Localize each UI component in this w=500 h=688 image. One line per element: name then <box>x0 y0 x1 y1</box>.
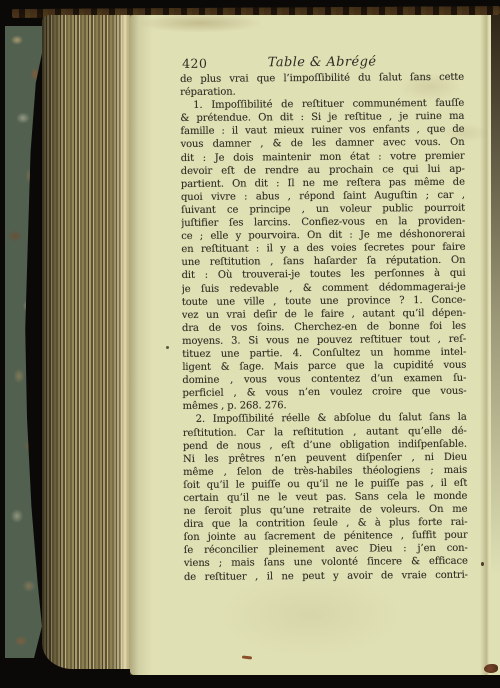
leather-corner <box>484 664 498 673</box>
margin-mark <box>166 346 169 349</box>
fox-spot <box>481 562 484 566</box>
spine-edge-shadow <box>491 15 500 575</box>
text-line: de plus vrai que l’impoſſibilité du ſalu… <box>180 71 464 86</box>
book-page: 420 Table & Abrégé de plus vrai que l’im… <box>130 15 500 675</box>
page-text-block: de plus vrai que l’impoſſibilité du ſalu… <box>180 71 468 584</box>
page-number: 420 <box>182 56 207 71</box>
page-fore-edge-stack <box>42 15 136 669</box>
book-photo: 420 Table & Abrégé de plus vrai que l’im… <box>0 0 500 688</box>
running-title: Table & Abrégé <box>180 54 464 71</box>
text-line: perficiel , & vous n’en voulez croire qu… <box>182 385 466 400</box>
text-line: de reſtituer , il ne peut y avoir de vra… <box>184 568 468 583</box>
ink-mark <box>242 655 252 659</box>
gutter-shadow <box>130 15 152 675</box>
page-header: 420 Table & Abrégé <box>180 54 464 72</box>
